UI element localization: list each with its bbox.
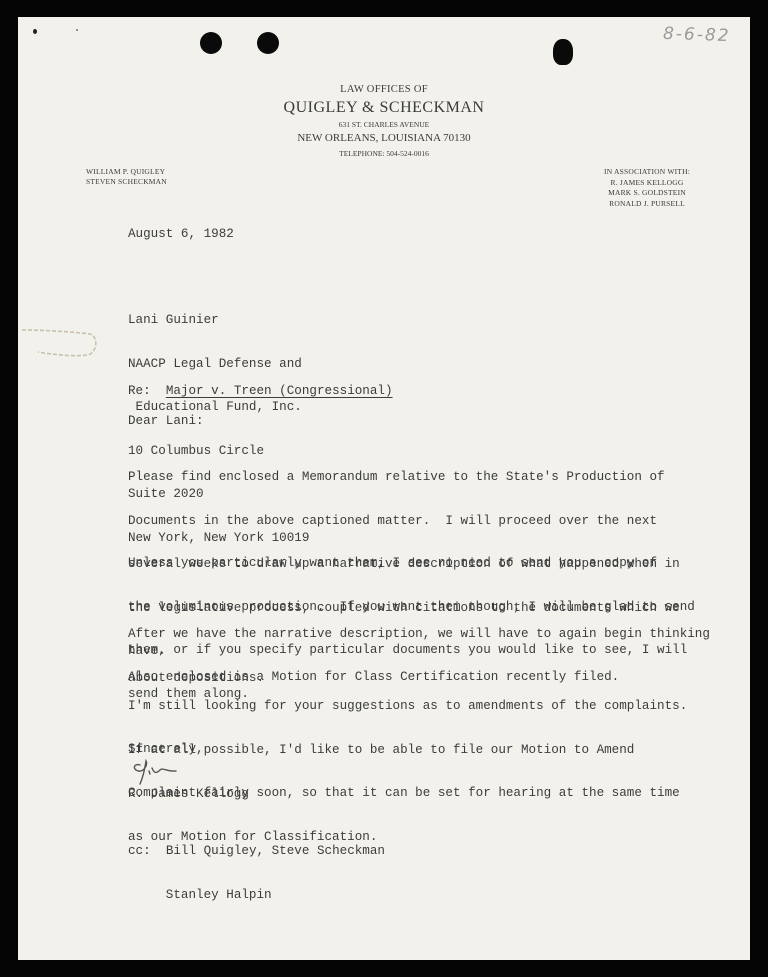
paperclip-stain-mark (20, 322, 100, 362)
cc-line-1: cc: Bill Quigley, Steve Scheckman (128, 844, 385, 859)
speck-mark (33, 29, 37, 34)
speck-mark (76, 29, 78, 31)
handwritten-date: 8-6-82 (663, 24, 731, 46)
recipient-line: NAACP Legal Defense and (128, 357, 309, 372)
firm-telephone: TELEPHONE: 504-524-0016 (18, 150, 750, 158)
recipient-line: Educational Fund, Inc. (128, 400, 309, 415)
associate-name: RONALD J. PURSELL (604, 199, 690, 210)
signer-name: R. James Kellogg (128, 787, 249, 802)
association-list: IN ASSOCIATION WITH: R. JAMES KELLOGG MA… (604, 167, 690, 209)
re-label: Re: (128, 384, 151, 398)
cc-recipient: Stanley Halpin (166, 888, 272, 902)
association-heading: IN ASSOCIATION WITH: (604, 167, 690, 178)
punch-hole-left (200, 32, 222, 54)
firm-street: 631 ST. CHARLES AVENUE (18, 121, 750, 129)
letterhead-line1: LAW OFFICES OF (18, 85, 750, 96)
letter-page: 8-6-82 LAW OFFICES OF QUIGLEY & SCHECKMA… (18, 17, 750, 960)
cc-block: cc: Bill Quigley, Steve Scheckman Stanle… (128, 815, 385, 931)
partners-list: WILLIAM P. QUIGLEY STEVEN SCHECKMAN (86, 167, 167, 187)
body-line: Please find enclosed a Memorandum relati… (128, 470, 680, 485)
cc-label: cc: (128, 844, 151, 858)
punch-hole-right (553, 39, 573, 65)
partner-name: WILLIAM P. QUIGLEY (86, 167, 167, 177)
body-line: After we have the narrative description,… (128, 627, 710, 642)
re-subject: Major v. Treen (Congressional) (166, 384, 393, 398)
cc-recipient: Bill Quigley, Steve Scheckman (166, 844, 385, 858)
body-line: If at all possible, I'd like to be able … (128, 743, 687, 758)
body-line: Documents in the above captioned matter.… (128, 514, 680, 529)
re-line: Re: Major v. Treen (Congressional) (128, 384, 393, 399)
associate-name: MARK S. GOLDSTEIN (604, 188, 690, 199)
letter-date: August 6, 1982 (128, 227, 234, 242)
associate-name: R. JAMES KELLOGG (604, 178, 690, 189)
partner-name: STEVEN SCHECKMAN (86, 177, 167, 187)
body-line: I'm still looking for your suggestions a… (128, 699, 687, 714)
cc-line-2: Stanley Halpin (128, 888, 385, 903)
body-line: Unless you particularly want them, I see… (128, 556, 695, 571)
letterhead: LAW OFFICES OF QUIGLEY & SCHECKMAN 631 S… (18, 85, 750, 158)
closing: Sincerely, (128, 742, 204, 757)
firm-city: NEW ORLEANS, LOUISIANA 70130 (18, 133, 750, 144)
salutation: Dear Lani: (128, 414, 204, 429)
firm-name: QUIGLEY & SCHECKMAN (18, 100, 750, 116)
punch-hole-middle (257, 32, 279, 54)
signature (130, 757, 180, 789)
recipient-line: Lani Guinier (128, 313, 309, 328)
